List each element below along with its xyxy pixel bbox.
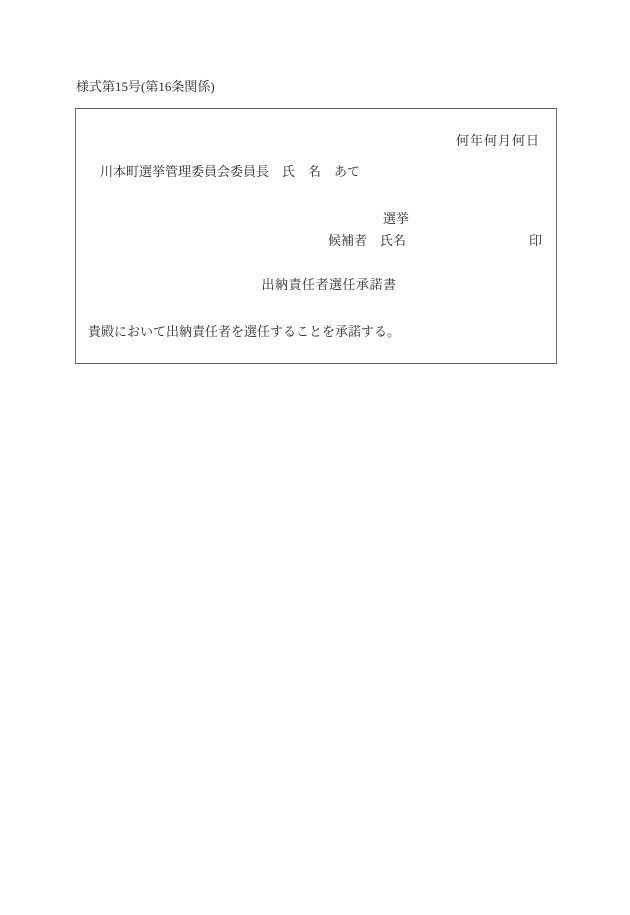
consent-body-text: 貴殿において出納責任者を選任することを承諾する。 bbox=[88, 325, 400, 338]
election-suffix-label: 選挙 bbox=[383, 212, 409, 225]
form-number-label: 様式第15号(第16条関係) bbox=[76, 80, 215, 93]
document-title: 出納責任者選任承諾書 bbox=[76, 278, 556, 291]
form-box: 何年何月何日 川本町選挙管理委員会委員長 氏 名 あて 選挙 候補者 氏名 印 … bbox=[75, 108, 557, 364]
candidate-name-label: 候補者 氏名 bbox=[328, 234, 406, 247]
seal-label: 印 bbox=[529, 234, 542, 247]
document-page: 様式第15号(第16条関係) 何年何月何日 川本町選挙管理委員会委員長 氏 名 … bbox=[0, 0, 630, 915]
date-placeholder: 何年何月何日 bbox=[456, 134, 540, 147]
addressee-line: 川本町選挙管理委員会委員長 氏 名 あて bbox=[100, 165, 360, 178]
